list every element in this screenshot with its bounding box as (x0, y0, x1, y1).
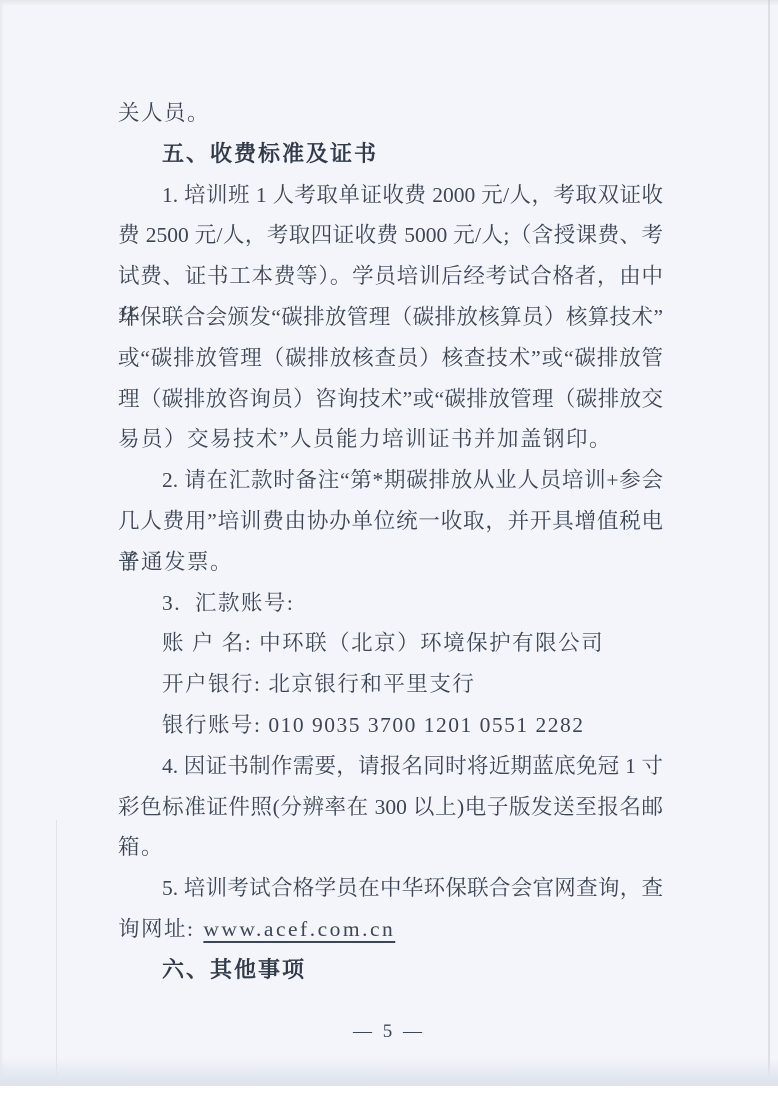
page-number: — 5 — (0, 1018, 778, 1046)
item1-line-2: 费 2500 元/人，考取四证收费 5000 元/人;（含授课费、考 (118, 215, 663, 256)
item2-line-1: 2. 请在汇款时备注“第*期碳排放从业人员培训+参会 (118, 460, 663, 501)
scan-top-edge (0, 0, 778, 6)
item1-line-6: 理（碳排放咨询员）咨询技术”或“碳排放管理（碳排放交 (118, 379, 663, 420)
item3-heading: 3. 汇款账号: (118, 583, 663, 624)
scan-bottom-edge (0, 1086, 778, 1100)
item4-line-3: 箱。 (118, 827, 663, 868)
item1-line-5: 或“碳排放管理（碳排放核查员）核查技术”或“碳排放管 (118, 338, 663, 379)
scan-right-edge (768, 0, 770, 1100)
paragraph-carryover-line: 关人员。 (118, 93, 663, 134)
url-label: 询网址: (118, 917, 201, 941)
scan-left-edge (0, 0, 4, 1100)
item1-line-4: 环保联合会颁发“碳排放管理（碳排放核算员）核算技术” (118, 297, 663, 338)
item1-line-7: 易员）交易技术”人员能力培训证书并加盖钢印。 (118, 419, 663, 460)
item1-line-3: 试费、证书工本费等）。学员培训后经考试合格者，由中华 (118, 256, 663, 297)
website-url: www.acef.com.cn (201, 917, 397, 941)
account-name-line: 账 户 名: 中环联（北京）环境保护有限公司 (118, 623, 663, 664)
item1-line-1: 1. 培训班 1 人考取单证收费 2000 元/人，考取双证收 (118, 175, 663, 216)
item4-line-2: 彩色标准证件照(分辨率在 300 以上)电子版发送至报名邮 (118, 787, 663, 828)
item2-line-2: 几人费用”培训费由协办单位统一收取，并开具增值税电子 (118, 501, 663, 542)
item4-line-1: 4. 因证书制作需要，请报名同时将近期蓝底免冠 1 寸 (118, 746, 663, 787)
account-number-line: 银行账号: 010 9035 3700 1201 0551 2282 (118, 705, 663, 746)
section-heading-5: 五、收费标准及证书 (118, 134, 663, 175)
item5-line-2: 询网址: www.acef.com.cn (118, 909, 663, 950)
document-body: 关人员。 五、收费标准及证书 1. 培训班 1 人考取单证收费 2000 元/人… (118, 93, 663, 991)
item2-line-3: 普通发票。 (118, 542, 663, 583)
bank-name-line: 开户银行: 北京银行和平里支行 (118, 664, 663, 705)
scanned-document-page: 关人员。 五、收费标准及证书 1. 培训班 1 人考取单证收费 2000 元/人… (0, 0, 778, 1100)
scan-bottom-band (0, 1058, 778, 1086)
section-heading-6: 六、其他事项 (118, 950, 663, 991)
item5-line-1: 5. 培训考试合格学员在中华环保联合会官网查询，查 (118, 868, 663, 909)
